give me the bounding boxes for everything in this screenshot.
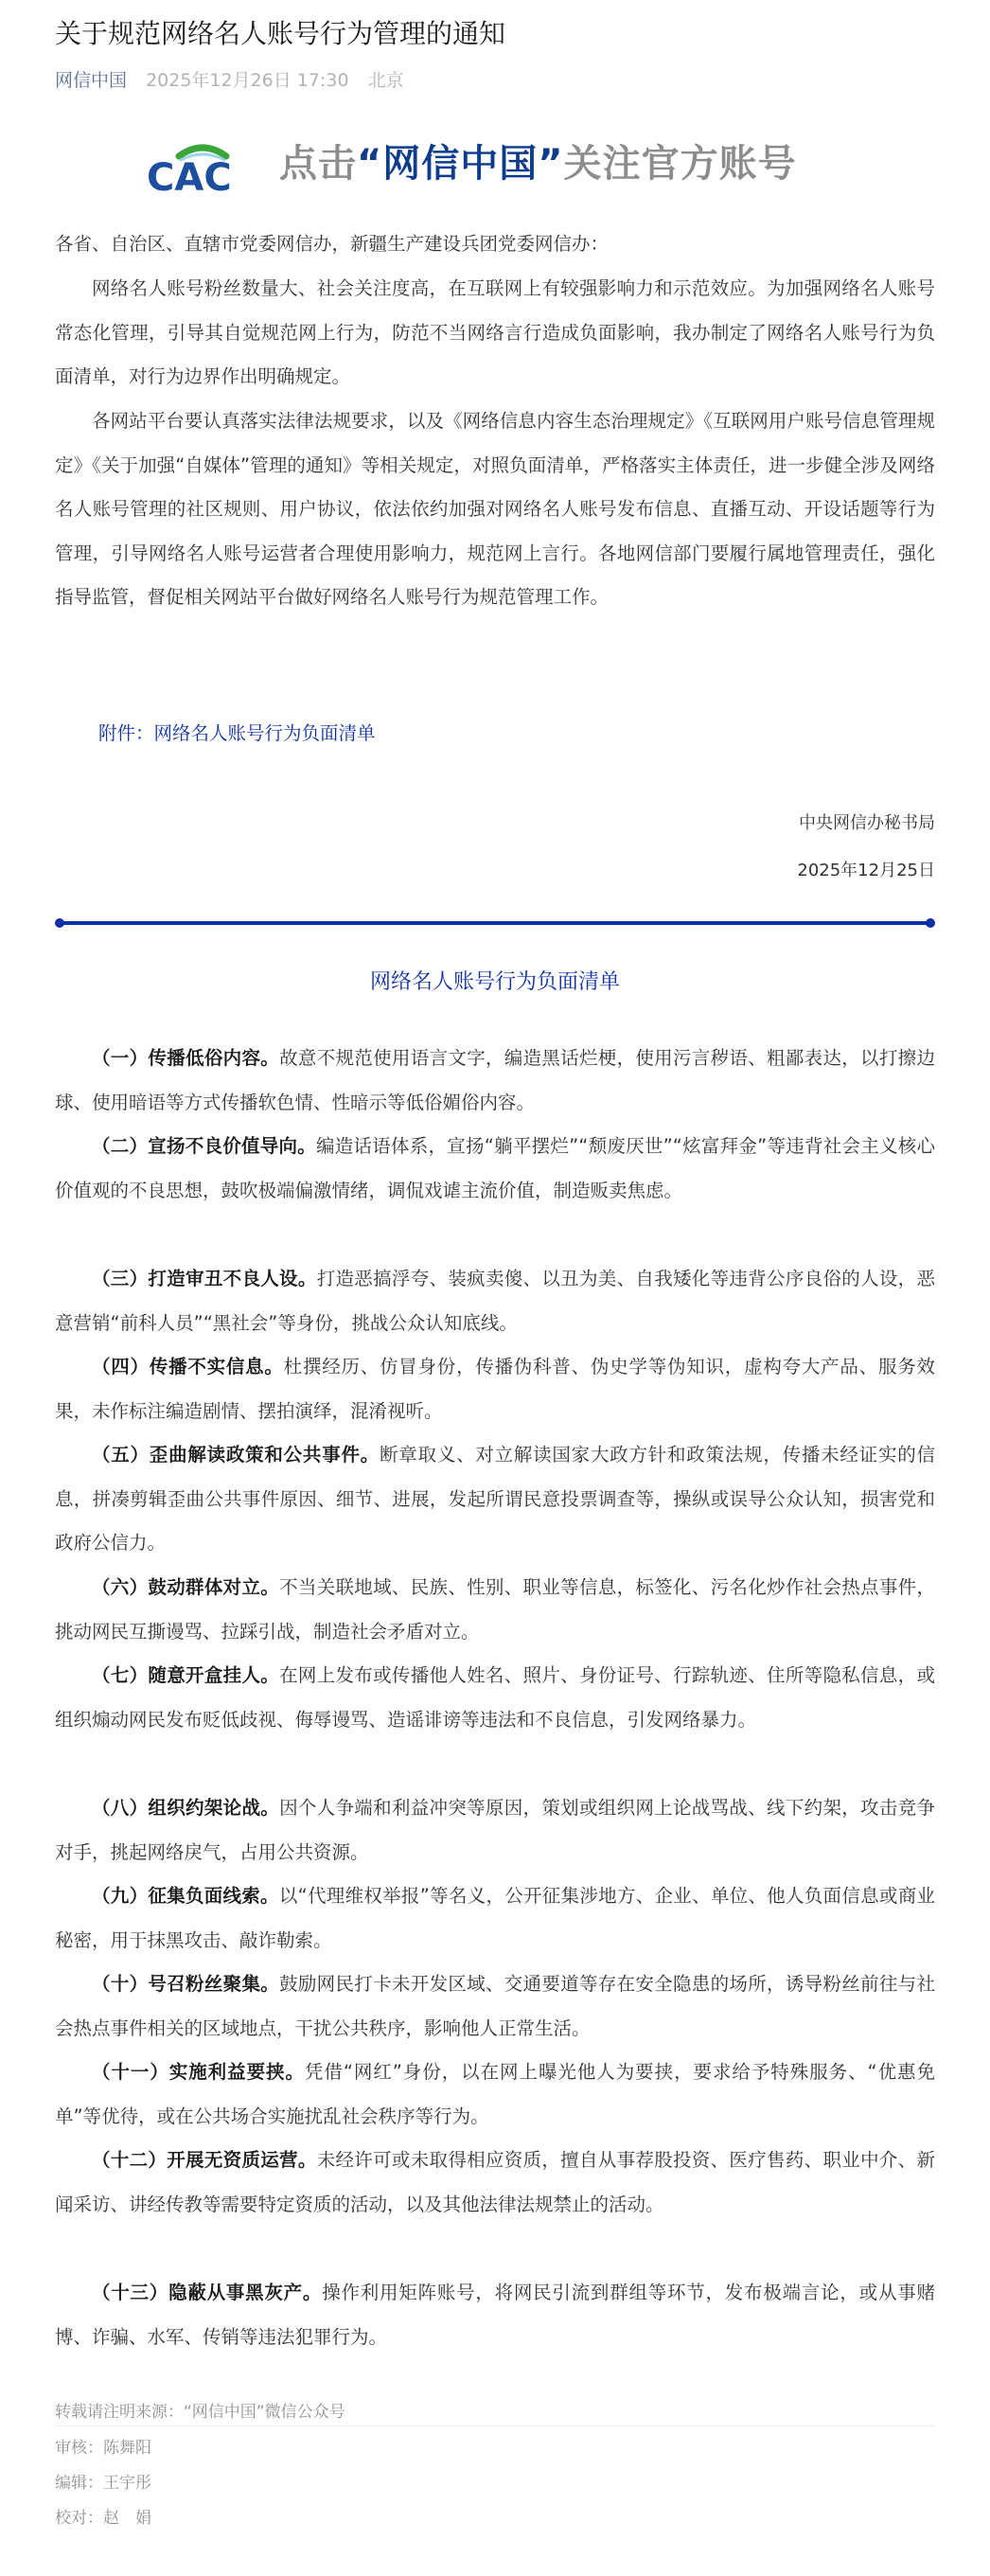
attachment-link[interactable]: 附件：网络名人账号行为负面清单 xyxy=(98,720,376,748)
credit-label: 编辑： xyxy=(55,2474,103,2493)
follow-banner[interactable]: CAC 点击“网信中国”关注官方账号 xyxy=(147,135,797,192)
issue-date: 2025年12月25日 xyxy=(797,857,935,885)
list-item-7: （七）随意开盒挂人。在网上发布或传播他人姓名、照片、身份证号、行踪轨迹、住所等隐… xyxy=(55,1654,935,1742)
article-page: 关于规范网络名人账号行为管理的通知 网信中国 2025年12月26日 17:30… xyxy=(0,0,990,2576)
banner-prefix: 点击 xyxy=(279,142,357,186)
notice-paragraph-1: 网络名人账号粉丝数量大、社会关注度高，在互联网上有较强影响力和示范效应。为加强网… xyxy=(55,267,935,400)
list-item-head: （十二）开展无资质运营。 xyxy=(92,2149,317,2171)
negative-list-title: 网络名人账号行为负面清单 xyxy=(0,968,990,998)
account-name-link[interactable]: 网信中国 xyxy=(55,70,127,91)
divider-dot-left xyxy=(55,918,64,928)
list-item-6: （六）鼓动群体对立。不当关联地域、民族、性别、职业等信息，标签化、污名化炒作社会… xyxy=(55,1566,935,1654)
cac-logo-icon: CAC xyxy=(147,135,258,192)
list-item-1: （一）传播低俗内容。故意不规范使用语言文字，编造黑话烂梗，使用污言秽语、粗鄙表达… xyxy=(55,1037,935,1125)
publish-time: 2025年12月26日 17:30 xyxy=(146,70,349,91)
publish-location: 北京 xyxy=(368,70,404,91)
credit-name: 赵 娟 xyxy=(103,2509,151,2528)
banner-highlight: “网信中国” xyxy=(357,142,564,186)
credit-name: 王宇彤 xyxy=(103,2474,151,2493)
list-item-head: （十）号召粉丝聚集。 xyxy=(92,1973,279,1995)
list-item-head: （十三）隐蔽从事黑灰产。 xyxy=(92,2282,322,2303)
list-item-3: （三）打造审丑不良人设。打造恶搞浮夸、装疯卖傻、以丑为美、自我矮化等违背公序良俗… xyxy=(55,1257,935,1345)
list-item-8: （八）组织约架论战。因个人争端和利益冲突等原因，策划或组织网上论战骂战、线下约架… xyxy=(55,1786,935,1874)
list-item-11: （十一）实施利益要挟。凭借“网红”身份，以在网上曝光他人为要挟，要求给予特殊服务… xyxy=(55,2051,935,2139)
banner-suffix: 关注官方账号 xyxy=(564,142,797,186)
list-item-head: （四）传播不实信息。 xyxy=(92,1356,284,1377)
list-item-head: （七）随意开盒挂人。 xyxy=(92,1664,279,1686)
list-item-5: （五）歪曲解读政策和公共事件。断章取义、对立解读国家大政方针和政策法规，传播未经… xyxy=(55,1433,935,1566)
list-item-head: （一）传播低俗内容。 xyxy=(92,1047,279,1069)
issuer: 中央网信办秘书局 xyxy=(799,809,935,838)
list-item-2: （二）宣扬不良价值导向。编造话语体系，宣扬“躺平摆烂”“颓废厌世”“炫富拜金”等… xyxy=(55,1125,935,1213)
list-item-head: （五）歪曲解读政策和公共事件。 xyxy=(92,1444,380,1466)
credit-reviewer: 审核：陈舞阳 xyxy=(55,2436,151,2461)
credit-name: 陈舞阳 xyxy=(103,2439,151,2458)
list-item-10: （十）号召粉丝聚集。鼓励网民打卡未开发区域、交通要道等存在安全隐患的场所，诱导粉… xyxy=(55,1963,935,2051)
article-title: 关于规范网络名人账号行为管理的通知 xyxy=(55,15,505,53)
credit-label: 校对： xyxy=(55,2509,103,2528)
salutation: 各省、自治区、直辖市党委网信办，新疆生产建设兵团党委网信办： xyxy=(55,222,935,267)
article-meta: 网信中国 2025年12月26日 17:30 北京 xyxy=(55,68,404,93)
credit-label: 审核： xyxy=(55,2439,103,2458)
list-item-head: （二）宣扬不良价值导向。 xyxy=(92,1135,316,1157)
credit-editor: 编辑：王宇彤 xyxy=(55,2471,151,2496)
list-item-head: （十一）实施利益要挟。 xyxy=(92,2061,305,2083)
list-item-12: （十二）开展无资质运营。未经许可或未取得相应资质，擅自从事荐股投资、医疗售药、职… xyxy=(55,2139,935,2227)
divider-dot-right xyxy=(926,918,935,928)
notice-paragraph-2: 各网站平台要认真落实法律法规要求，以及《网络信息内容生态治理规定》《互联网用户账… xyxy=(55,400,935,620)
cac-logo-text: CAC xyxy=(147,156,232,192)
list-item-13: （十三）隐蔽从事黑灰产。操作利用矩阵账号，将网民引流到群组等环节，发布极端言论，… xyxy=(55,2271,935,2359)
banner-text: 点击“网信中国”关注官方账号 xyxy=(279,135,797,192)
list-item-head: （三）打造审丑不良人设。 xyxy=(92,1268,317,1289)
list-item-head: （六）鼓动群体对立。 xyxy=(92,1576,279,1598)
footer-divider xyxy=(55,2425,935,2426)
source-note: 转载请注明来源：“网信中国”微信公众号 xyxy=(55,2400,345,2425)
credit-proofreader: 校对：赵 娟 xyxy=(55,2506,151,2531)
list-item-9: （九）征集负面线索。以“代理维权举报”等名义，公开征集涉地方、企业、单位、他人负… xyxy=(55,1874,935,1963)
list-item-head: （九）征集负面线索。 xyxy=(92,1885,279,1907)
list-item-4: （四）传播不实信息。杜撰经历、仿冒身份，传播伪科普、伪史学等伪知识，虚构夸大产品… xyxy=(55,1345,935,1433)
section-divider xyxy=(59,921,931,925)
list-item-head: （八）组织约架论战。 xyxy=(92,1797,279,1819)
